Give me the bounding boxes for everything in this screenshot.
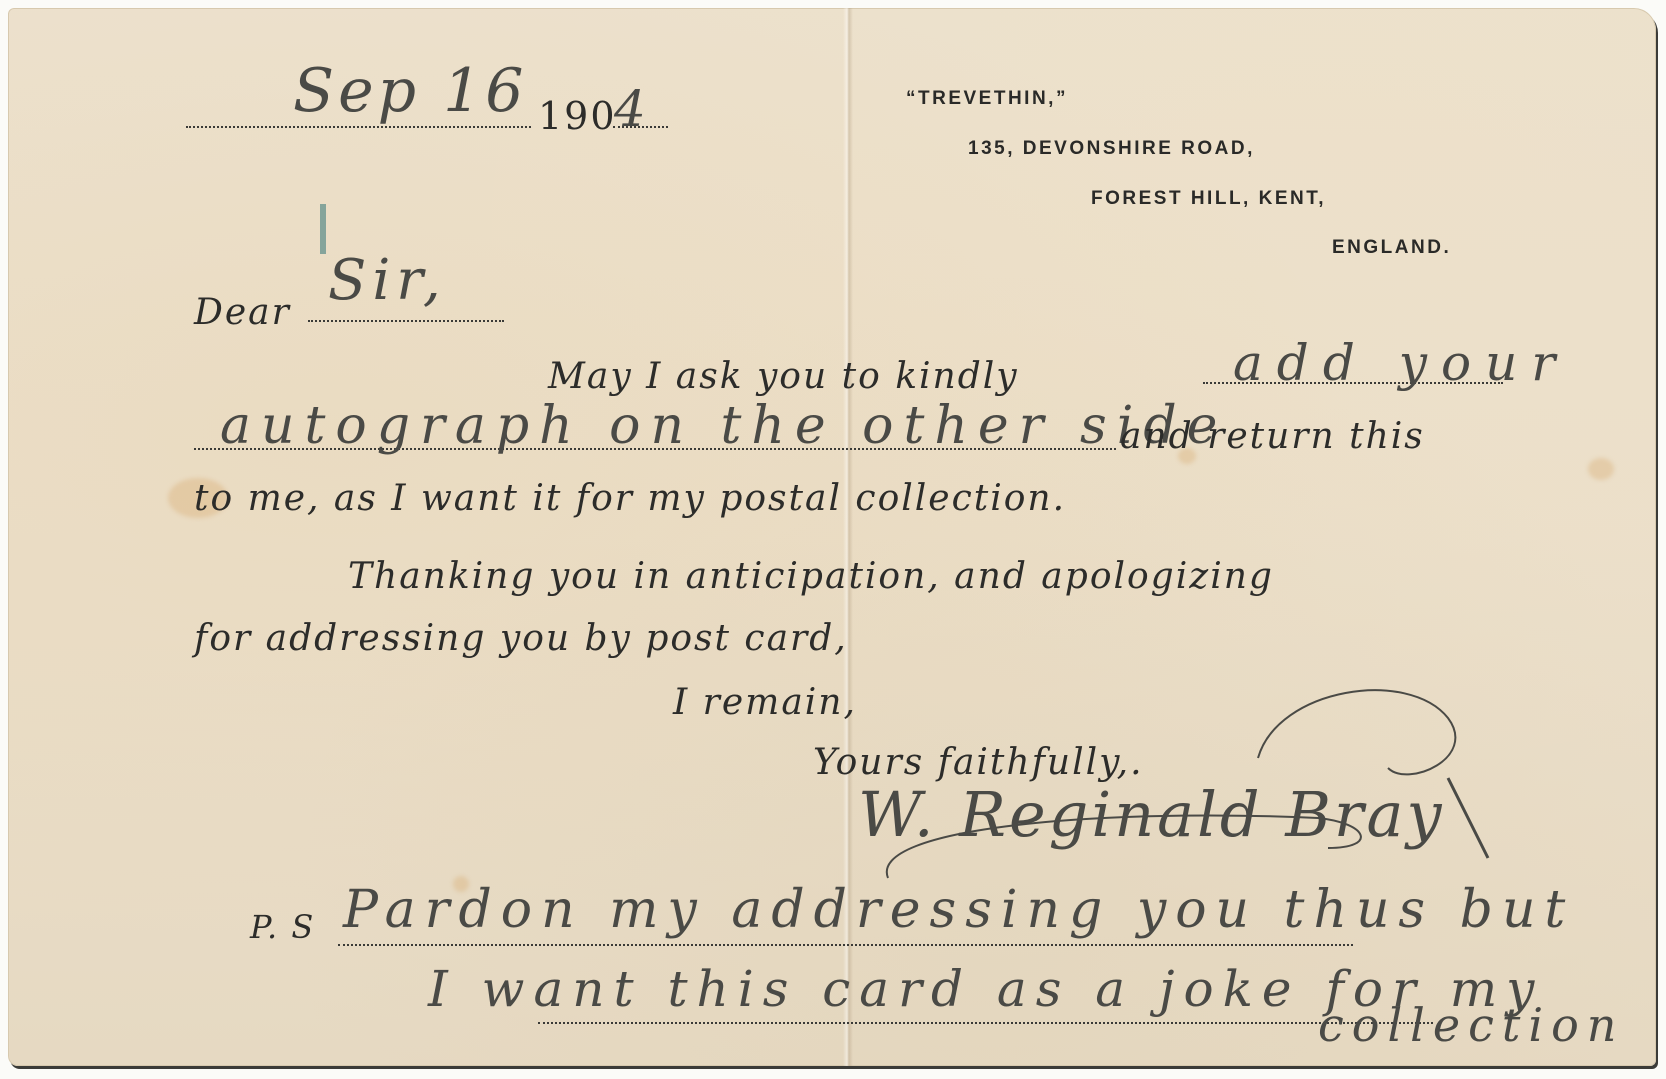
scan-background: Sep 16 190 4 “TREVETHIN,” 135, DEVONSHIR… [0, 0, 1666, 1079]
date-year-printed: 190 [538, 94, 617, 138]
salutation-printed: Dear [194, 292, 291, 333]
salutation-dotted-line [308, 320, 504, 322]
address-line-country: ENGLAND. [1332, 237, 1451, 259]
body-line-2-handwritten: autograph on the other side [220, 396, 1227, 456]
address-line-street: 135, DEVONSHIRE ROAD, [968, 138, 1255, 160]
address-line-town: FOREST HILL, KENT, [1091, 188, 1326, 210]
body-line-4-printed: Thanking you in anticipation, and apolog… [348, 556, 1274, 597]
salutation-handwritten: Sir, [328, 248, 447, 313]
postcard: Sep 16 190 4 “TREVETHIN,” 135, DEVONSHIR… [8, 8, 1656, 1066]
date-handwritten: Sep 16 [293, 56, 527, 126]
postscript-label: P. S [250, 908, 315, 946]
body-line-3-printed: to me, as I want it for my postal collec… [194, 478, 1066, 519]
paper-stain [1588, 458, 1614, 480]
postscript-line-1: Pardon my addressing you thus but [343, 880, 1574, 940]
postscript-dotted-line-1 [338, 944, 1353, 946]
pencil-mark [320, 204, 326, 254]
address-line-house-name: “TREVETHIN,” [906, 88, 1068, 110]
date-dotted-line [186, 126, 531, 128]
body-line-5-printed: for addressing you by post card, [194, 618, 848, 659]
date-year-handwritten: 4 [614, 80, 652, 138]
signature: W. Reginald Bray [858, 778, 1445, 851]
body-line-1-printed: May I ask you to kindly [548, 356, 1019, 397]
body-line-2-printed: and return this [1120, 416, 1425, 457]
closing-i-remain: I remain, [673, 682, 857, 723]
postscript-line-3: collection [1318, 998, 1624, 1052]
body-line-1-handwritten: add your [1233, 334, 1569, 392]
postscript-dotted-line-2 [538, 1022, 1433, 1024]
